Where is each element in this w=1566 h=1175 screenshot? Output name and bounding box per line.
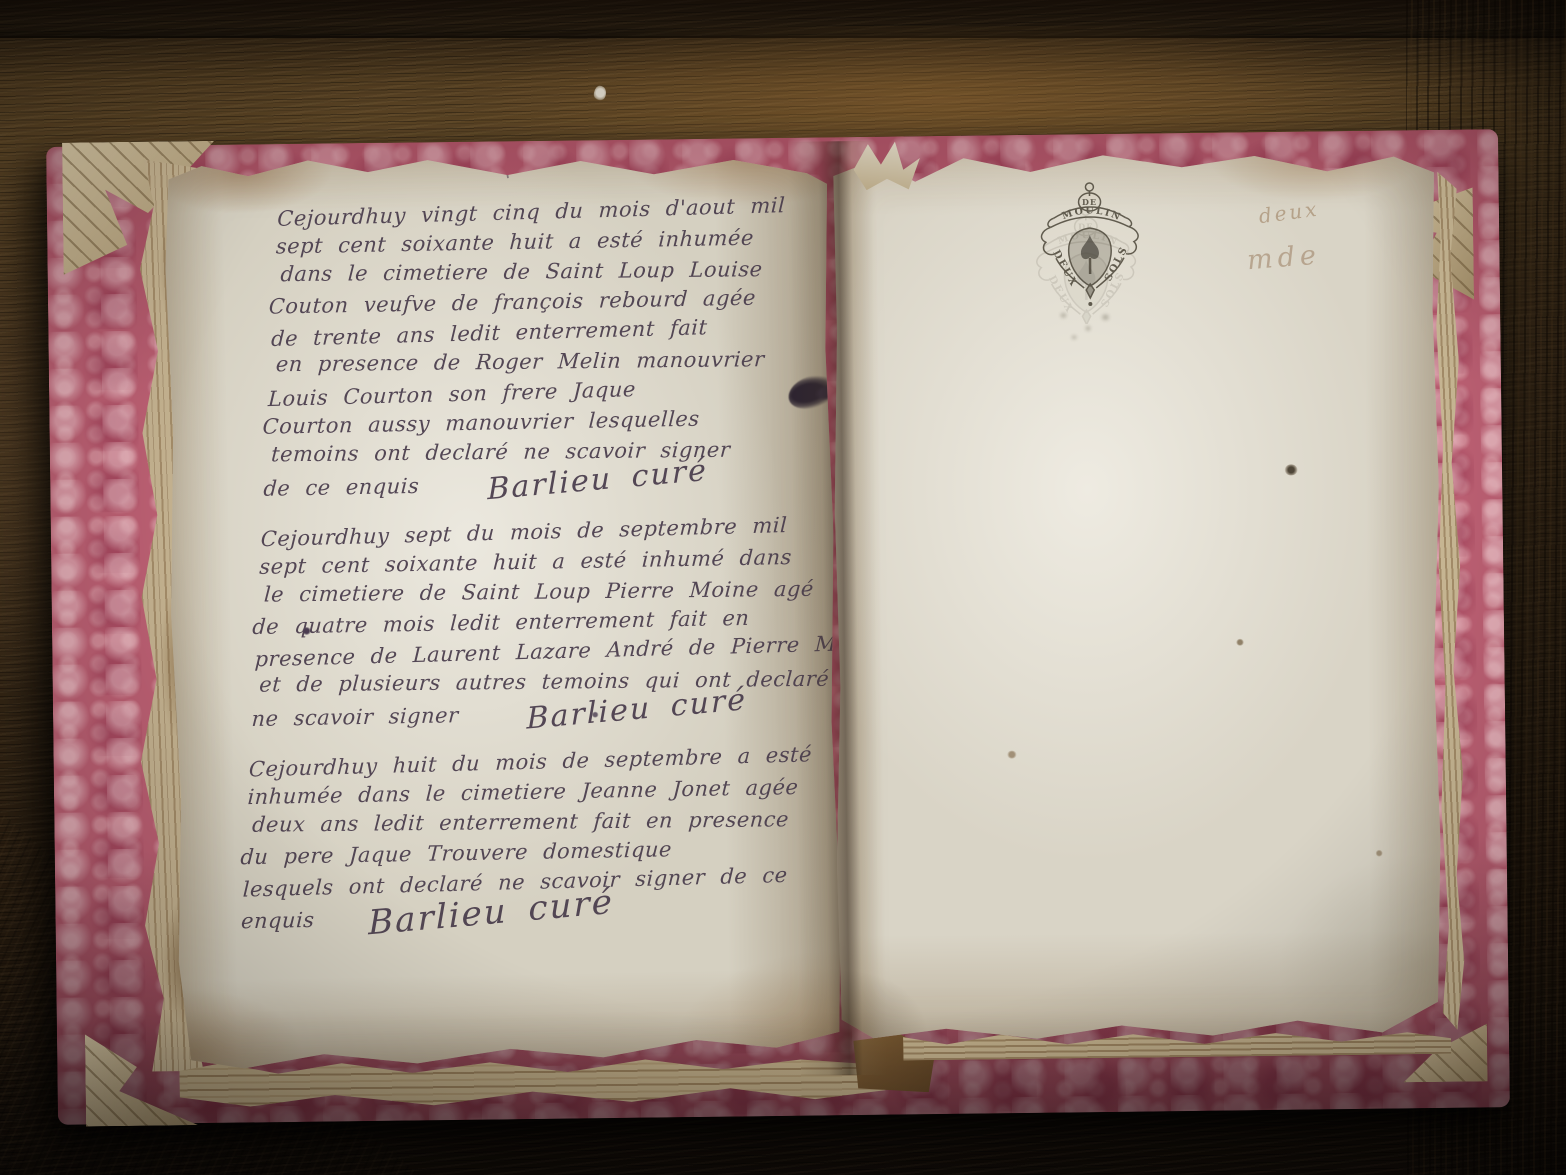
page-spot [1236,639,1244,646]
entry-closing: enquis [240,905,315,936]
marginal-note: mde [1246,240,1322,277]
page-spot [1376,850,1383,857]
entry-closing: ne scavoir signer [251,700,460,734]
open-register-book: + Cejourdhuy vingt cinq du mois d'aout m… [46,129,1510,1125]
burial-entry: Cejourdhuy sept du mois de septembre mil… [251,511,825,734]
manuscript-line: deux ans ledit enterrement fait en prese… [251,804,809,840]
page-spot [1007,751,1017,759]
burial-entry: Cejourdhuy vingt cinq du mois d'aout mil… [263,191,841,504]
ink-speck [592,712,599,718]
burial-entry: Cejourdhuy huit du mois de septembre a e… [240,742,812,937]
entry-lines: Cejourdhuy vingt cinq du mois d'aout mil… [264,191,841,472]
svg-text:MOULINS: MOULINS [1035,178,1123,225]
stamp-crest-icon: DE DEUX SOLS MOULINS [1035,178,1144,325]
entry-lines: Cejourdhuy huit du mois de septembre a e… [242,742,813,902]
right-page: DE DEUX SOLS MOULINS deux mde [830,149,1443,1042]
manuscript-line: dans le cimetiere de Saint Loup Louise [280,253,838,289]
marginal-note: deux [1257,197,1320,229]
deux-sols-fiscal-stamp: DE DEUX SOLS MOULINS [1035,178,1144,325]
manuscript-line: le cimetiere de Saint Loup Pierre Moine … [263,574,821,610]
entry-closing: de ce enquis [263,471,420,504]
page-spot [1285,464,1298,475]
left-page: + Cejourdhuy vingt cinq du mois d'aout m… [161,147,843,1071]
entry-lines: Cejourdhuy sept du mois de septembre mil… [252,511,824,702]
manuscript-text: Cejourdhuy vingt cinq du mois d'aout mil… [234,191,841,1060]
manuscript-line: temoins ont declaré ne scavoir signer [270,434,828,470]
stamp-banner-text: MOULINS [1035,178,1123,225]
